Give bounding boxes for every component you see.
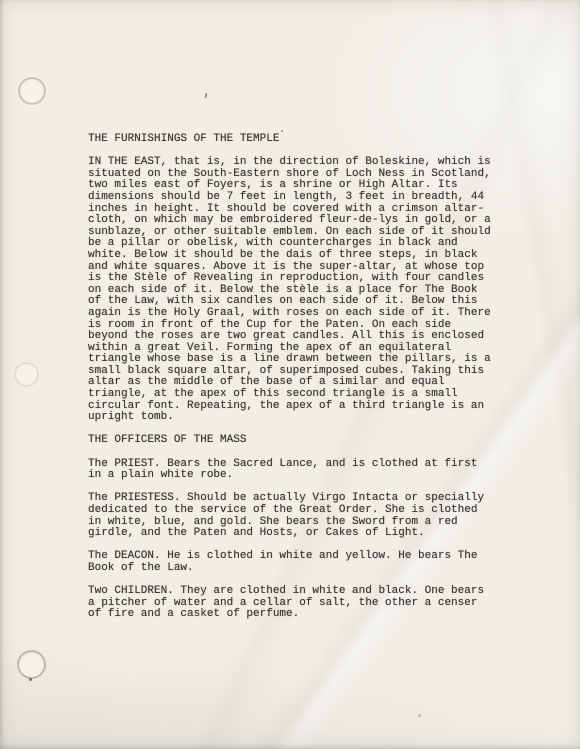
- paragraph-children: Two CHILDREN. They are clothed in white …: [88, 586, 508, 621]
- paragraph-deacon: The DEACON. He is clothed in white and y…: [88, 551, 508, 574]
- punch-hole-top: [18, 77, 46, 105]
- scanned-page: THE FURNISHINGS OF THE TEMPLE IN THE EAS…: [0, 0, 580, 749]
- scan-speck: [418, 714, 421, 717]
- heading-furnishings-of-the-temple: THE FURNISHINGS OF THE TEMPLE: [88, 134, 508, 146]
- paragraph-priest: The PRIEST. Bears the Sacred Lance, and …: [88, 459, 508, 482]
- punch-hole-middle: [14, 362, 39, 387]
- scan-speck: [281, 130, 283, 132]
- punch-hole-bottom: [17, 650, 46, 679]
- scan-speck: [204, 93, 207, 98]
- paragraph-in-the-east: IN THE EAST, that is, in the direction o…: [88, 157, 508, 424]
- typewritten-text-block: THE FURNISHINGS OF THE TEMPLE IN THE EAS…: [88, 134, 508, 621]
- heading-officers-of-the-mass: THE OFFICERS OF THE MASS: [88, 435, 508, 447]
- paragraph-priestess: The PRIESTESS. Should be actually Virgo …: [88, 493, 508, 539]
